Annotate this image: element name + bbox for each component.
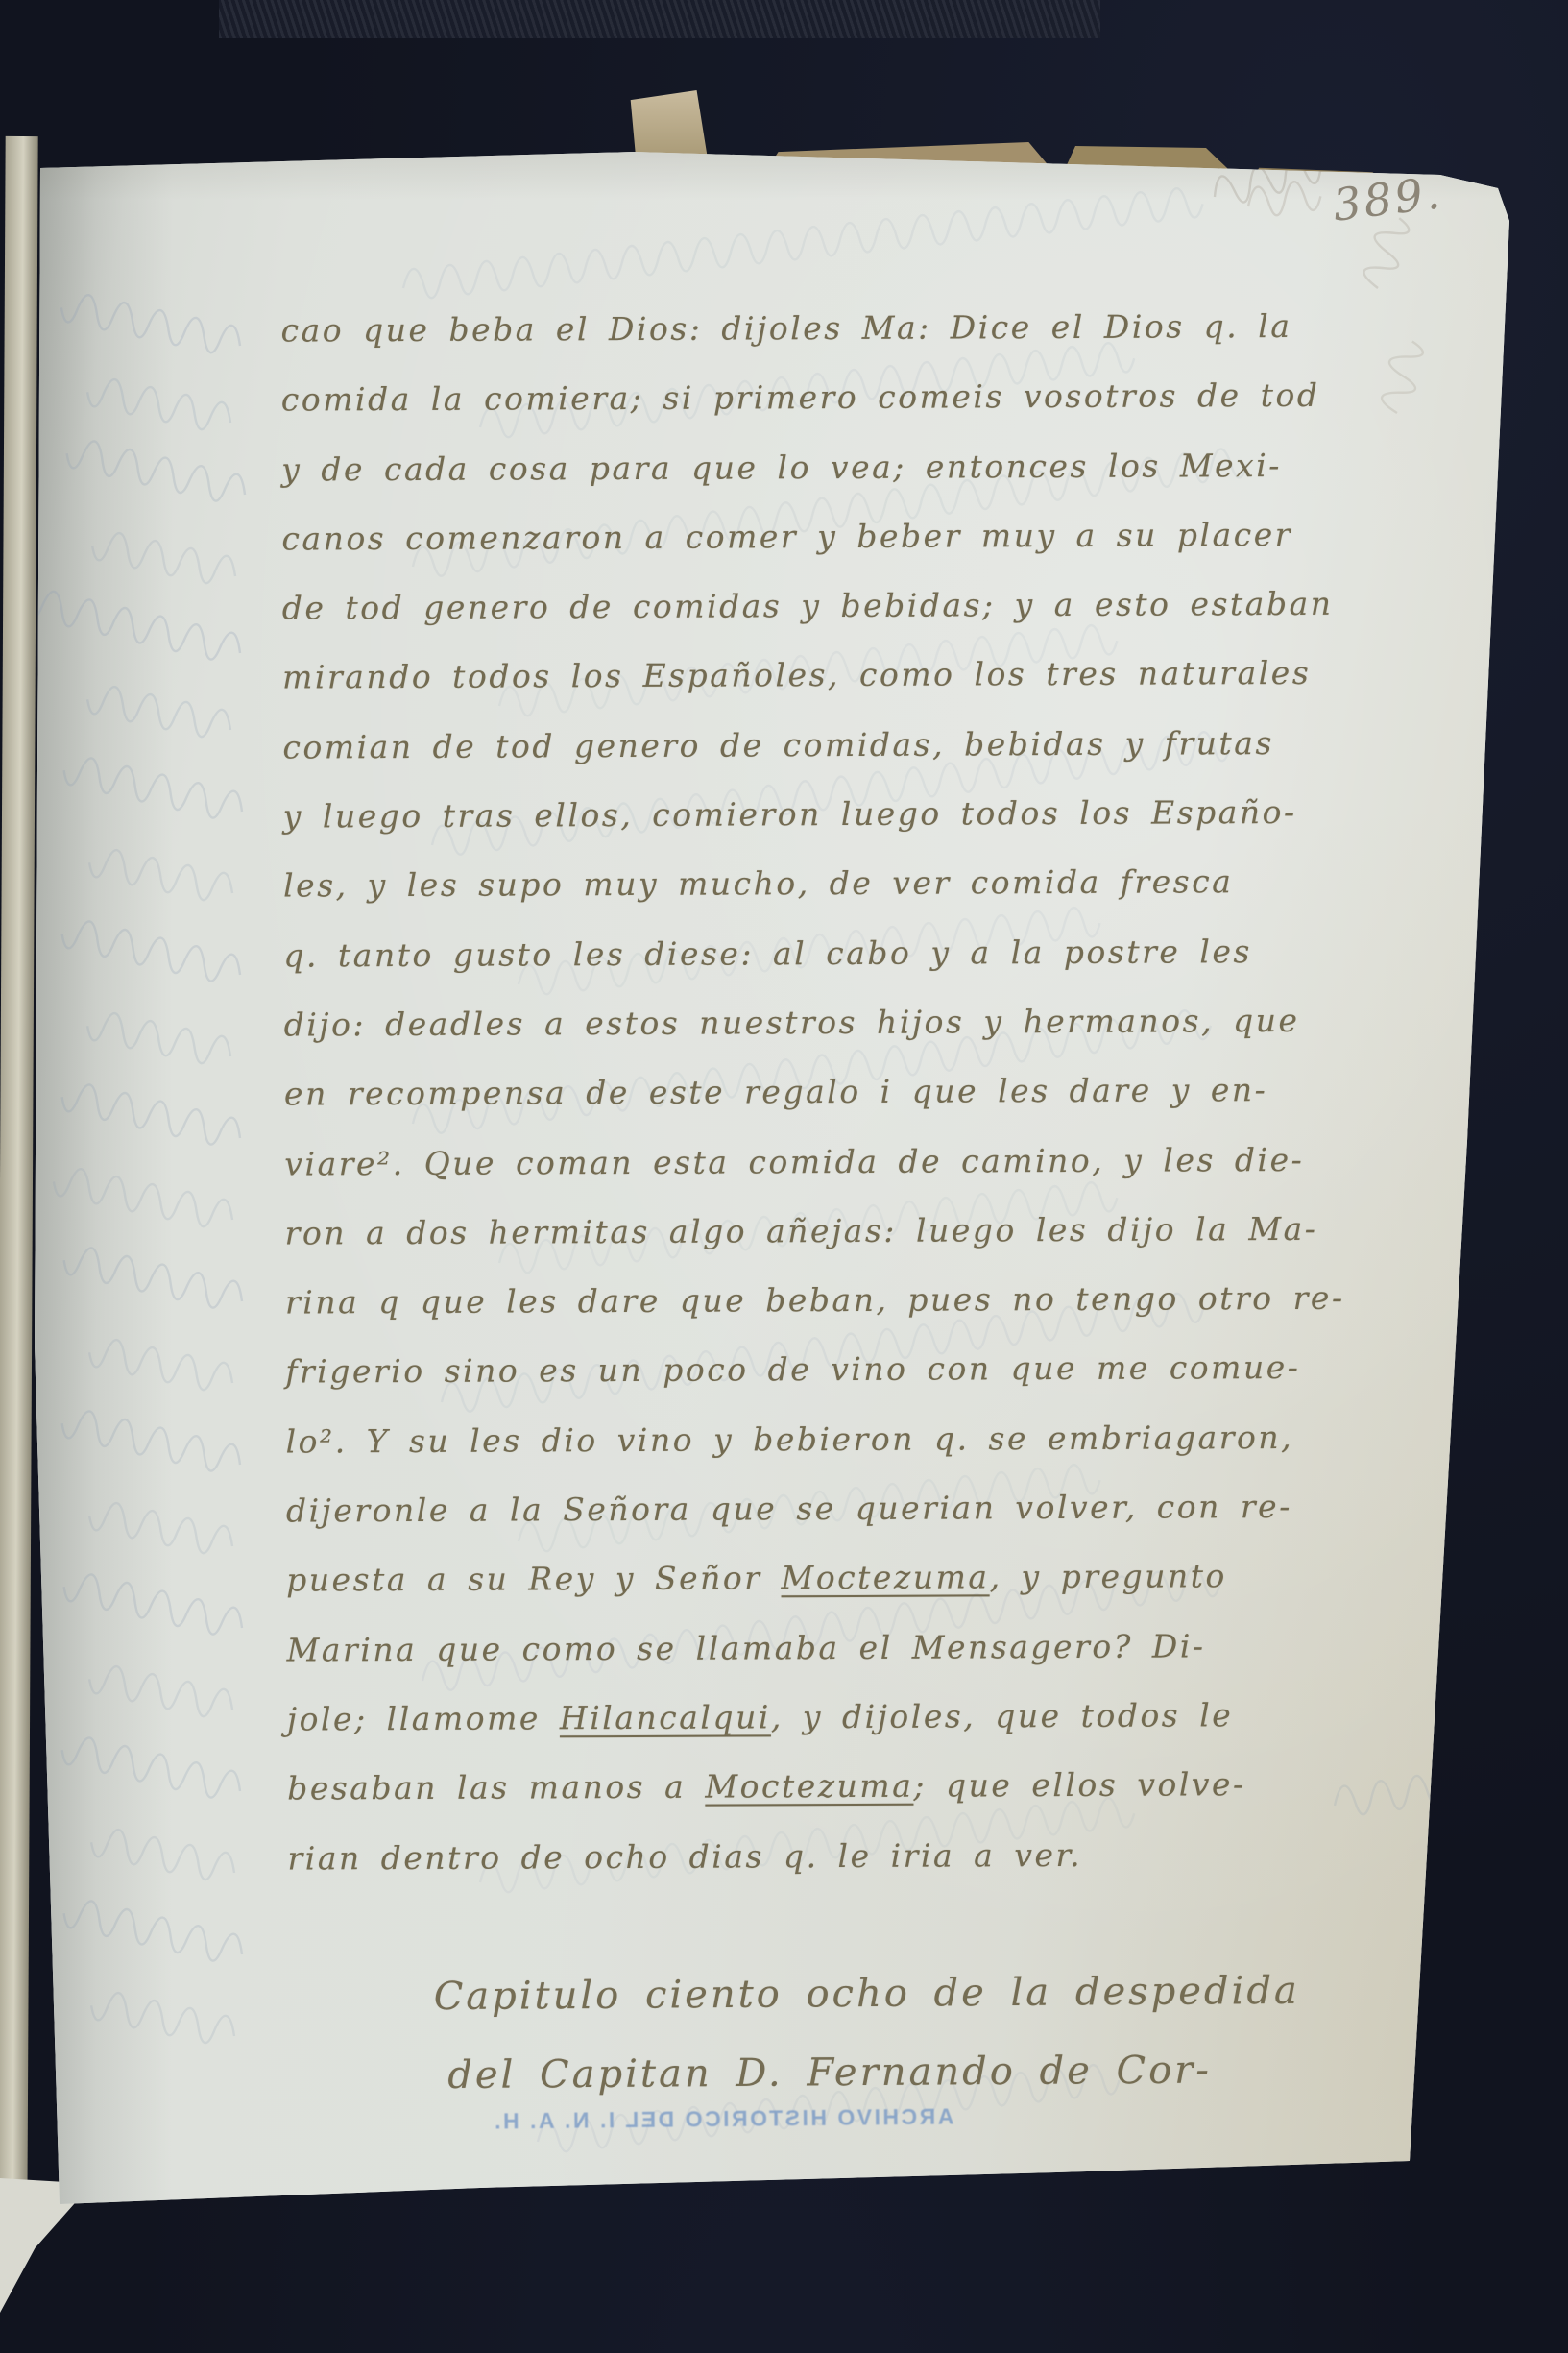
- body-line: les, y les supo muy mucho, de ver comida…: [283, 847, 1407, 921]
- chapter-heading-line: Capitulo ciento ocho de la despedida: [433, 1952, 1300, 2036]
- body-line: mirando todos los Españoles, como los tr…: [282, 639, 1406, 713]
- manuscript-page: 389. cao que beba el Dios: dijoles Ma: D…: [29, 85, 1522, 2221]
- page-stack-left-edge: [0, 136, 38, 2225]
- body-line: comida la comiera; si primero comeis vos…: [281, 361, 1405, 435]
- body-line: besaban las manos a Moctezuma; que ellos…: [287, 1750, 1411, 1824]
- photograph-background: 389. cao que beba el Dios: dijoles Ma: D…: [0, 0, 1568, 2353]
- body-line: y luego tras ellos, comieron luego todos…: [283, 778, 1407, 852]
- body-line: rina q que les dare que beban, pues no t…: [285, 1264, 1409, 1338]
- body-line: viare². Que coman esta comida de camino,…: [284, 1125, 1408, 1199]
- body-line: comian de tod genero de comidas, bebidas…: [282, 708, 1406, 782]
- body-line: puesta a su Rey y Señor Moctezuma, y pre…: [286, 1541, 1410, 1615]
- body-line: dijo: deadles a estos nuestros hijos y h…: [284, 985, 1408, 1059]
- book-top-fabric-band: [219, 0, 1100, 38]
- chapter-heading: Capitulo ciento ocho de la despedida del…: [433, 1952, 1300, 2115]
- body-line: frigerio sino es un poco de vino con que…: [285, 1333, 1409, 1407]
- body-line: dijeronle a la Señora que se querian vol…: [286, 1471, 1410, 1545]
- body-line: Marina que como se llamaba el Mensagero?…: [286, 1611, 1410, 1685]
- body-line: y de cada cosa para que lo vea; entonces…: [281, 430, 1405, 504]
- body-line: en recompensa de este regalo i que les d…: [284, 1055, 1408, 1129]
- body-line: de tod genero de comidas y bebidas; y a …: [282, 570, 1406, 643]
- manuscript-body-text: cao que beba el Dios: dijoles Ma: Dice e…: [280, 291, 1411, 1893]
- body-line: rian dentro de ocho dias q. le iria a ve…: [287, 1819, 1411, 1893]
- body-line: q. tanto gusto les diese: al cabo y a la…: [283, 916, 1407, 990]
- body-line: lo². Y su les dio vino y bebieron q. se …: [285, 1402, 1409, 1476]
- body-line: cao que beba el Dios: dijoles Ma: Dice e…: [280, 291, 1404, 365]
- body-line: ron a dos hermitas algo añejas: luego le…: [284, 1194, 1408, 1268]
- body-line: canos comenzaron a comer y beber muy a s…: [281, 499, 1405, 573]
- chapter-heading-line: del Capitan D. Fernando de Cor-: [447, 2030, 1301, 2115]
- body-line: jole; llamome Hilancalqui, y dijoles, qu…: [287, 1680, 1411, 1754]
